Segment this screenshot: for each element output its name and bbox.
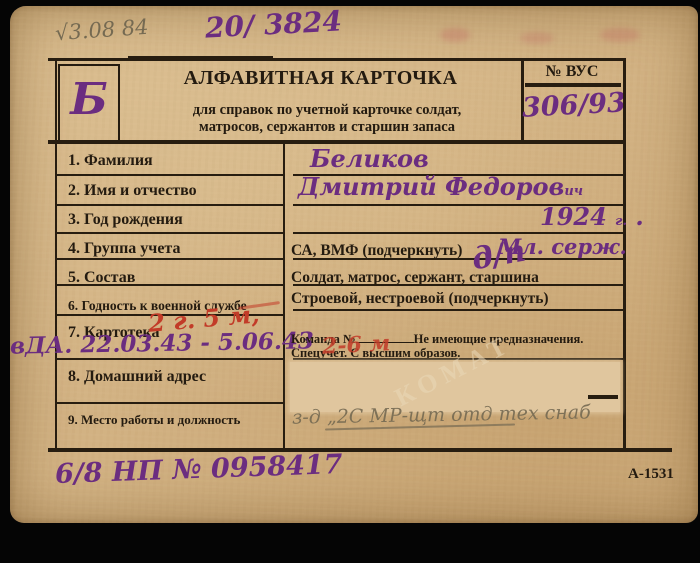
ink-bleed-mark: [440, 28, 470, 42]
table-left-border: [55, 58, 57, 452]
header-bottom-border: [48, 140, 626, 144]
handwritten-name: Дмитрий Федоров: [298, 172, 564, 201]
field-label-text: Место работы и должность: [81, 412, 240, 427]
field-label-birth-year: 3. Год рождения: [68, 211, 183, 229]
alphabet-card: √3.08 84 20/ 3824 Б АЛФАВИТНАЯ КАРТОЧКА …: [10, 6, 698, 523]
scan-background: √3.08 84 20/ 3824 Б АЛФАВИТНАЯ КАРТОЧКА …: [0, 0, 700, 563]
field-number: 9.: [68, 412, 78, 427]
field-label-text: Фамилия: [84, 152, 153, 169]
table-top-border-thick: [128, 56, 273, 61]
field-underline: [55, 358, 283, 360]
field-value-surname: Беликов: [310, 144, 429, 173]
field-underline: [293, 309, 623, 311]
card-subtitle-line2: матросов, сержантов и старшин запаса: [138, 119, 516, 136]
table-column-divider: [283, 140, 285, 452]
field-underline: [293, 284, 623, 286]
field-label-name-patronymic: 2. Имя и отчество: [68, 182, 197, 200]
red-overlay-note: 2-6 м: [321, 330, 391, 360]
field-number: 6.: [68, 298, 78, 313]
vus-label-underline: [525, 83, 621, 87]
field-number: 8.: [68, 368, 80, 385]
field-number: 1.: [68, 152, 80, 169]
field-underline: [55, 258, 283, 260]
field-label-account-group: 4. Группа учета: [68, 240, 180, 258]
bottom-ink-number: 6/8 НП № 0958417: [55, 449, 343, 490]
field-label-workplace: 9. Место работы и должность: [68, 412, 240, 428]
field-label-text: Группа учета: [84, 240, 180, 257]
field-underline: [55, 174, 283, 176]
field-number: 4.: [68, 240, 80, 257]
field-underline: [55, 232, 283, 234]
field-underline: [55, 284, 283, 286]
form-code: А-1531: [628, 466, 674, 483]
index-letter-box: Б: [58, 64, 120, 142]
field-number: 2.: [68, 182, 80, 199]
margin-service-dates-note: вДА. 22.03.43 - 5.06.43: [10, 327, 314, 359]
table-bottom-border: [48, 448, 672, 452]
ink-bleed-mark: [600, 28, 640, 42]
field-label-text: Год рождения: [84, 211, 183, 228]
registry-number-annotation: 20/ 3824: [204, 4, 342, 44]
field-underline: [55, 204, 283, 206]
field-label-surname: 1. Фамилия: [68, 152, 153, 170]
printed-option-service-type: Строевой, нестроевой (подчеркнуть): [291, 290, 549, 308]
field-label-text: Имя и отчество: [84, 182, 197, 199]
handwritten-year-suffix: г.: [615, 214, 627, 229]
pencil-date-annotation: √3.08 84: [54, 15, 149, 45]
vus-label: № ВУС: [523, 63, 621, 81]
ink-bleed-mark: [520, 32, 554, 44]
field-value-name-patronymic: Дмитрий Федорович: [298, 172, 583, 201]
short-dash-mark: [588, 395, 618, 399]
index-letter: Б: [60, 74, 118, 125]
field-label-text: Домашний адрес: [84, 368, 206, 385]
card-title: АЛФАВИТНАЯ КАРТОЧКА: [128, 67, 513, 90]
handwritten-year: 1924: [540, 202, 607, 231]
vus-value: 306/93: [521, 87, 626, 123]
field-value-birth-year: 1924 г. .: [540, 202, 644, 231]
card-subtitle-line1: для справок по учетной карточке солдат,: [138, 102, 516, 119]
field-label-home-address: 8. Домашний адрес: [68, 368, 206, 386]
field-number: 3.: [68, 211, 80, 228]
field-underline: [55, 402, 283, 404]
handwritten-name-suffix: ич: [564, 184, 583, 199]
field-underline: [293, 258, 623, 260]
